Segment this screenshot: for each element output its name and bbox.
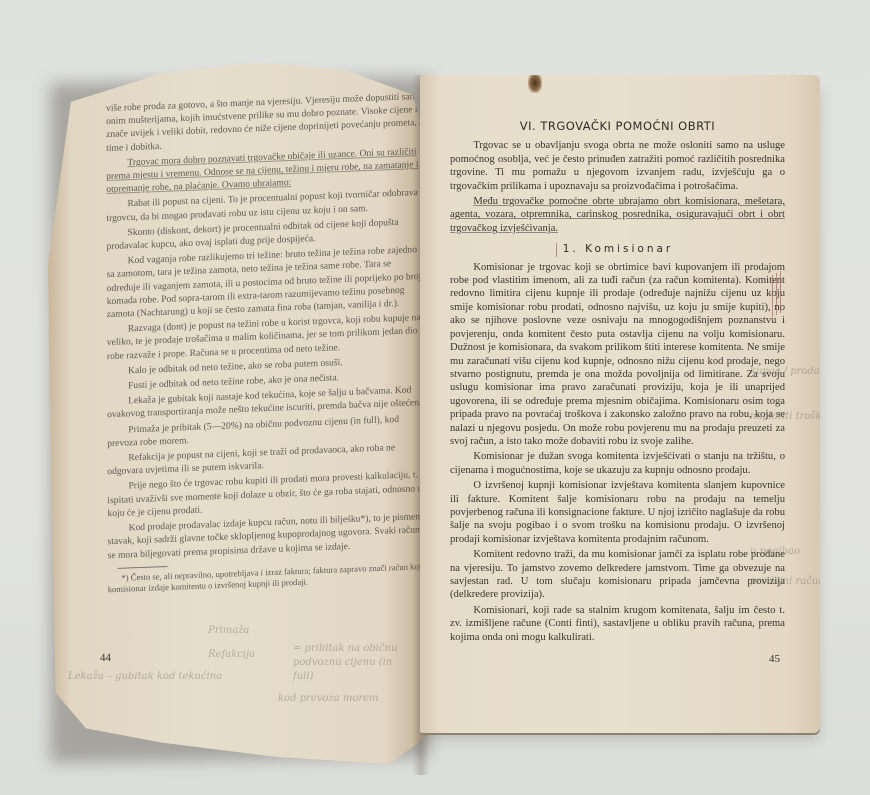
paragraph: Komisionar je dužan svoga komitenta izvj… <box>450 450 785 477</box>
page-number-right: 45 <box>769 653 780 665</box>
paragraph: O izvršenoj kupnji komisionar izvještava… <box>450 479 785 546</box>
paragraph: Trgovac se u obavljanju svoga obrta ne m… <box>450 139 785 193</box>
section-title-text: 1. Komisionar <box>556 243 680 256</box>
handwritten-note: naplatiti troškove <box>750 410 820 424</box>
handwritten-note: Lekaža – gubitak kod tekućina <box>68 670 222 684</box>
chapter-title: VI. TRGOVAČKI POMOĆNI OBRTI <box>450 120 785 133</box>
page-number-left: 44 <box>100 652 111 664</box>
red-margin-mark <box>772 275 773 317</box>
paragraph: Komisionar je trgovac koji se obrtimice … <box>450 261 785 449</box>
burn-mark <box>528 75 542 93</box>
right-page-text: VI. TRGOVAČKI POMOĆNI OBRTI Trgovac se u… <box>450 120 785 644</box>
handwritten-note: kupac / prodavač <box>750 365 820 379</box>
footnote-rule <box>118 566 168 569</box>
red-margin-mark <box>780 271 781 313</box>
burn-mark <box>280 52 294 62</box>
paragraph: Među trgovačke pomoćne obrte ubrajamo ob… <box>450 195 785 235</box>
paragraph: više robe proda za gotovo, a što manje n… <box>106 90 426 155</box>
paragraph: Kod vaganja robe razlikujemo tri težine:… <box>107 243 427 321</box>
handwritten-note: kod prevoza morem <box>278 692 379 706</box>
right-page: VI. TRGOVAČKI POMOĆNI OBRTI Trgovac se u… <box>420 75 820 735</box>
handwritten-note: prodajni račun <box>750 575 820 589</box>
left-page: više robe proda za gotovo, a što manje n… <box>48 52 428 764</box>
paragraph: Komisionari, koji rade sa stalnim krugom… <box>450 604 785 644</box>
handwritten-note: = pribitak na običnu podvoznu cijenu (in… <box>293 642 413 684</box>
left-page-text: više robe proda za gotovo, a što manje n… <box>106 90 427 595</box>
handwritten-note: u pogibao <box>750 545 800 559</box>
paragraph: Komitent redovno traži, da mu komisionar… <box>450 548 785 602</box>
handwritten-note: Primaža <box>208 624 249 638</box>
section-title: 1. Komisionar <box>450 243 785 256</box>
red-margin-mark <box>776 273 777 315</box>
handwritten-note: Refakcija <box>208 648 255 662</box>
